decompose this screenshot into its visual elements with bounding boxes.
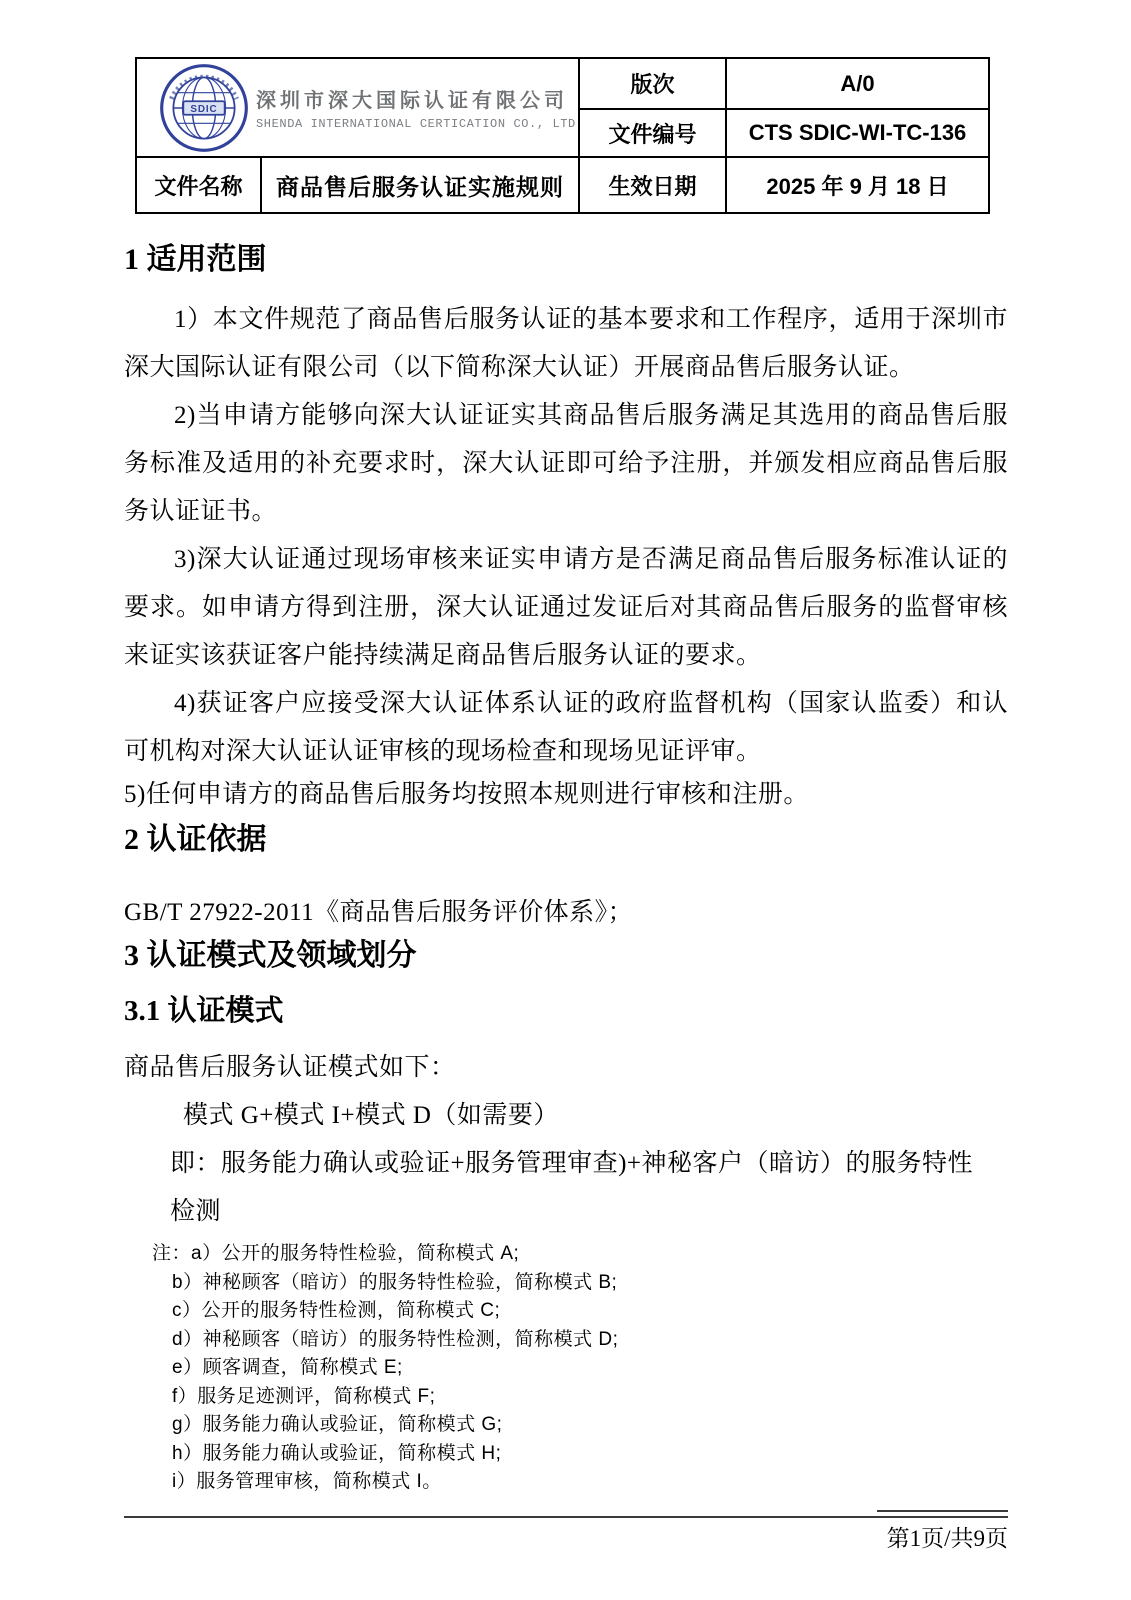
section-1-paragraph-4: 4)获证客户应接受深大认证体系认证的政府监督机构（国家认监委）和认可机构对深大认…: [124, 680, 1008, 776]
company-header-cell: SDIC 深圳市深大国际认证有限公司 SHENDA INTERNATIONAL …: [136, 58, 579, 157]
section-1-heading: 1 适用范围: [124, 240, 1008, 280]
company-name-cn: 深圳市深大国际认证有限公司: [256, 84, 576, 113]
certification-basis: GB/T 27922-2011《商品售后服务评价体系》；: [124, 896, 1008, 930]
note-item-b: b）神秘顾客（暗访）的服务特性检验，简称模式 B;: [172, 1269, 1008, 1298]
mode-formula: 模式 G+模式 I+模式 D（如需要）: [183, 1092, 1008, 1140]
mode-notes-list: 注：a）公开的服务特性检验，简称模式 A; b）神秘顾客（暗访）的服务特性检验，…: [124, 1240, 1008, 1497]
effective-date-value: 2025 年 9 月 18 日: [726, 157, 989, 213]
note-item-i: i）服务管理审核，简称模式 I。: [172, 1468, 1008, 1497]
section-3-heading: 3 认证模式及领域划分: [124, 936, 1008, 976]
section-2-heading: 2 认证依据: [124, 820, 1008, 860]
note-text: a）公开的服务特性检验，简称模式 A;: [191, 1243, 519, 1264]
doc-number-value: CTS SDIC-WI-TC-136: [726, 109, 989, 157]
mode-detail-continuation: 检测: [170, 1188, 1008, 1236]
section-1-paragraph-5: 5)任何申请方的商品售后服务均按照本规则进行审核和注册。: [124, 776, 1008, 814]
section-3-1-heading: 3.1 认证模式: [124, 992, 1008, 1030]
note-item-a: 注：a）公开的服务特性检验，简称模式 A;: [152, 1240, 1008, 1269]
version-value: A/0: [726, 58, 989, 109]
company-identity: SDIC 深圳市深大国际认证有限公司 SHENDA INTERNATIONAL …: [137, 63, 578, 153]
doc-name-value: 商品售后服务认证实施规则: [261, 157, 579, 213]
section-1-paragraph-1: 1）本文件规范了商品售后服务认证的基本要求和工作程序，适用于深圳市深大国际认证有…: [124, 296, 1008, 392]
note-item-c: c）公开的服务特性检测，简称模式 C;: [172, 1297, 1008, 1326]
page-footer: 第1页/共9页: [124, 1516, 1008, 1554]
company-names: 深圳市深大国际认证有限公司 SHENDA INTERNATIONAL CERTI…: [256, 84, 576, 131]
logo-band-text: SDIC: [190, 104, 217, 115]
notes-label: 注：: [152, 1243, 191, 1264]
page-number: 第1页/共9页: [124, 1524, 1008, 1554]
company-logo-icon: SDIC: [159, 63, 249, 153]
note-item-g: g）服务能力确认或验证，简称模式 G;: [172, 1411, 1008, 1440]
note-item-e: e）顾客调查，简称模式 E;: [172, 1354, 1008, 1383]
effective-date-label: 生效日期: [579, 157, 726, 213]
document-body: 1 适用范围 1）本文件规范了商品售后服务认证的基本要求和工作程序，适用于深圳市…: [124, 240, 1008, 1497]
document-header-table: SDIC 深圳市深大国际认证有限公司 SHENDA INTERNATIONAL …: [135, 57, 990, 214]
note-item-h: h）服务能力确认或验证，简称模式 H;: [172, 1440, 1008, 1469]
footer-rule: [124, 1516, 1008, 1518]
doc-name-label: 文件名称: [136, 157, 261, 213]
mode-detail: 即：服务能力确认或验证+服务管理审查)+神秘客户（暗访）的服务特性: [170, 1140, 1008, 1188]
section-1-paragraph-2: 2)当申请方能够向深大认证证实其商品售后服务满足其选用的商品售后服务标准及适用的…: [124, 392, 1008, 536]
version-label: 版次: [579, 58, 726, 109]
company-name-en: SHENDA INTERNATIONAL CERTICATION CO., LT…: [256, 117, 576, 131]
document-page: SDIC 深圳市深大国际认证有限公司 SHENDA INTERNATIONAL …: [0, 0, 1131, 1600]
mode-intro: 商品售后服务认证模式如下：: [124, 1044, 1008, 1092]
note-item-f: f）服务足迹测评，简称模式 F;: [172, 1383, 1008, 1412]
doc-number-label: 文件编号: [579, 109, 726, 157]
footer-accent-rule: [877, 1510, 1008, 1512]
note-item-d: d）神秘顾客（暗访）的服务特性检测，简称模式 D;: [172, 1326, 1008, 1355]
section-1-paragraph-3: 3)深大认证通过现场审核来证实申请方是否满足商品售后服务标准认证的要求。如申请方…: [124, 536, 1008, 680]
